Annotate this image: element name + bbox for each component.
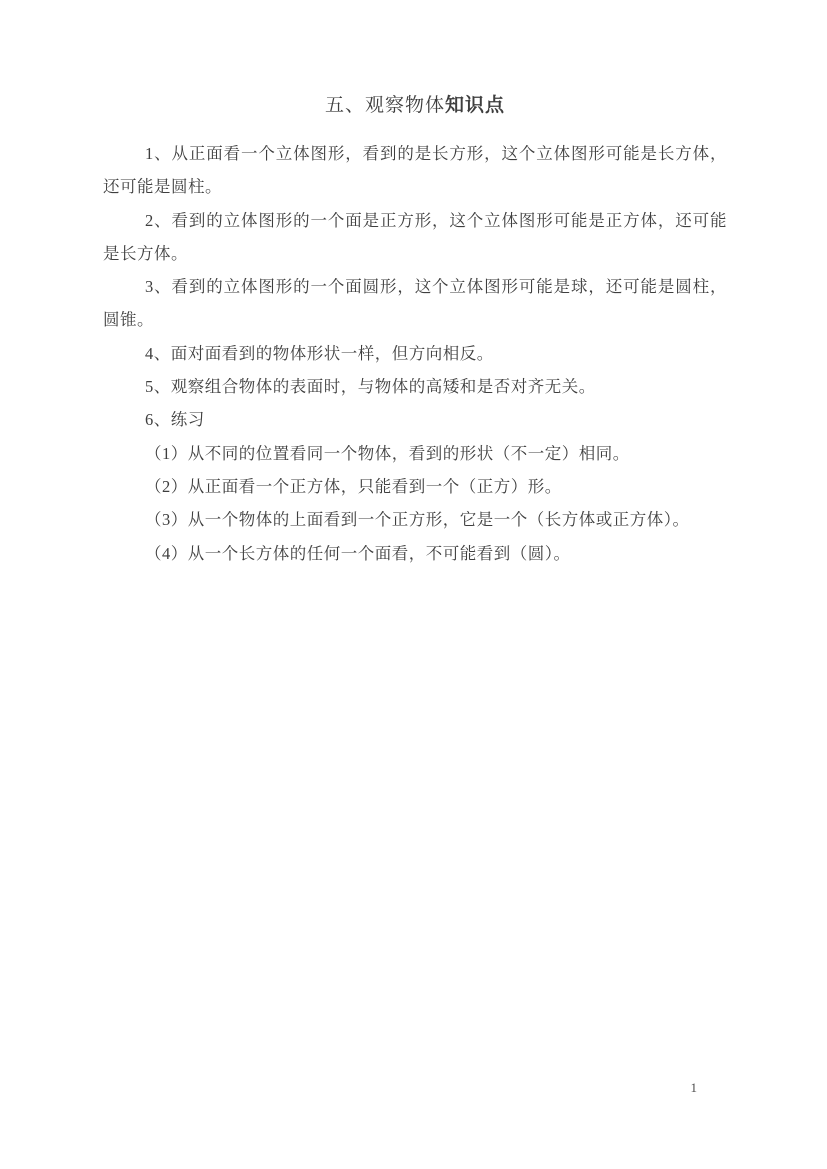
paragraph-knowledge-point-4: 4、面对面看到的物体形状一样，但方向相反。 bbox=[103, 337, 727, 370]
paragraph-exercise-item-1: （1）从不同的位置看同一个物体，看到的形状（不一定）相同。 bbox=[103, 437, 727, 470]
paragraph-exercise-item-4: （4）从一个长方体的任何一个面看，不可能看到（圆）。 bbox=[103, 537, 727, 570]
paragraph-exercise-item-3: （3）从一个物体的上面看到一个正方形，它是一个（长方体或正方体）。 bbox=[103, 503, 727, 536]
page-title-bold-part: 知识点 bbox=[445, 95, 505, 116]
page-footer: 1 bbox=[0, 1080, 727, 1096]
paragraph-knowledge-point-3: 3、看到的立体图形的一个面圆形，这个立体图形可能是球，还可能是圆柱，圆锥。 bbox=[103, 270, 727, 337]
document-page: 五、观察物体知识点 1、从正面看一个立体图形，看到的是长方形，这个立体图形可能是… bbox=[0, 0, 827, 1169]
paragraph-exercise-heading: 6、练习 bbox=[103, 403, 727, 436]
paragraph-knowledge-point-2: 2、看到的立体图形的一个面是正方形，这个立体图形可能是正方体，还可能是长方体。 bbox=[103, 204, 727, 271]
paragraph-knowledge-point-5: 5、观察组合物体的表面时，与物体的高矮和是否对齐无关。 bbox=[103, 370, 727, 403]
page-title: 五、观察物体知识点 bbox=[103, 88, 727, 124]
page-title-regular-part: 五、观察物体 bbox=[325, 95, 445, 116]
paragraph-knowledge-point-1: 1、从正面看一个立体图形，看到的是长方形，这个立体图形可能是长方体，还可能是圆柱… bbox=[103, 137, 727, 204]
paragraph-exercise-item-2: （2）从正面看一个正方体，只能看到一个（正方）形。 bbox=[103, 470, 727, 503]
page-number: 1 bbox=[691, 1080, 698, 1095]
